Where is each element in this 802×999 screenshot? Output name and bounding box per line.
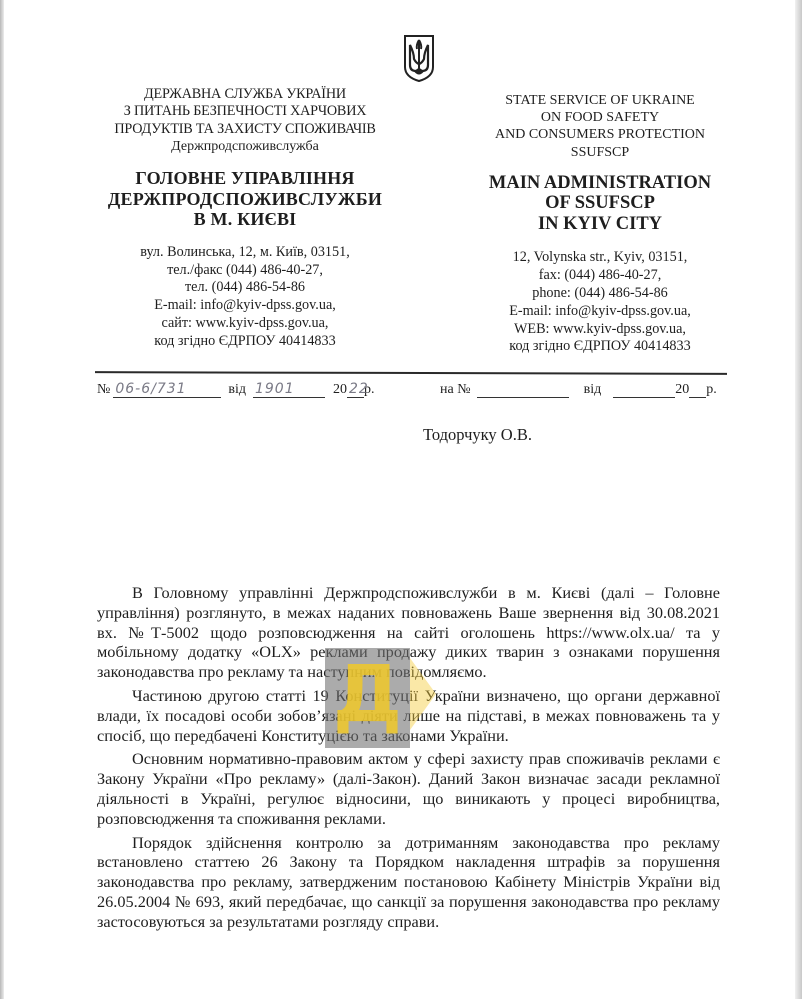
letter-body: В Головному управлінні Держпродспоживслу…	[97, 583, 720, 936]
address: вул. Волинська, 12, м. Київ, 03151,	[95, 244, 395, 262]
watermark-letter: Д	[325, 650, 410, 740]
admin-title-en: MAIN ADMINISTRATION OF SSUFSCP IN KYIV C…	[470, 173, 730, 235]
agency-line: ПРОДУКТІВ ТА ЗАХИСТУ СПОЖИВАЧІВ	[95, 121, 395, 138]
reference-number-field	[477, 379, 569, 398]
website: WEB: www.kyiv-dpss.gov.ua,	[470, 321, 730, 339]
agency-line: ON FOOD SAFETY	[470, 109, 730, 126]
edrpou-code: код згідно ЄДРПОУ 40414833	[470, 338, 730, 356]
phone: тел. (044) 486-54-86	[95, 279, 395, 297]
agency-name-en: STATE SERVICE OF UKRAINE ON FOOD SAFETY …	[470, 92, 730, 161]
phone-fax: тел./факс (044) 486-40-27,	[95, 262, 395, 280]
address: 12, Volynska str., Kyiv, 03151,	[470, 249, 730, 267]
chevron-right-icon	[410, 658, 436, 730]
page-edge-right	[795, 0, 802, 999]
page-edge-left	[0, 0, 4, 999]
outgoing-registration: № 06-6/731 від 1901 20 22 р.	[97, 372, 374, 398]
outgoing-year-handwritten: 22	[349, 381, 369, 397]
agency-line: З ПИТАНЬ БЕЗПЕЧНОСТІ ХАРЧОВИХ	[95, 103, 395, 120]
outgoing-year-field: 22	[347, 379, 364, 398]
outgoing-number-field: 06-6/731	[113, 379, 221, 398]
outgoing-date-field: 1901	[253, 379, 325, 398]
date-label: від	[228, 382, 246, 398]
phone: phone: (044) 486-54-86	[470, 285, 730, 303]
admin-line: В М. КИЄВІ	[95, 209, 395, 230]
trident-coat-of-arms-icon	[402, 33, 436, 83]
reference-date-label: від	[584, 382, 602, 398]
admin-line: MAIN ADMINISTRATION	[470, 173, 730, 194]
agency-line: ДЕРЖАВНА СЛУЖБА УКРАЇНИ	[95, 86, 395, 103]
website: сайт: www.kyiv-dpss.gov.ua,	[95, 315, 395, 333]
reference-date-field	[613, 379, 675, 398]
incoming-reference: на № від 20 р.	[440, 372, 717, 398]
admin-line: ГОЛОВНЕ УПРАВЛІННЯ	[95, 168, 395, 189]
admin-line: OF SSUFSCP	[470, 193, 730, 214]
agency-name-ua: ДЕРЖАВНА СЛУЖБА УКРАЇНИ З ПИТАНЬ БЕЗПЕЧН…	[95, 86, 395, 138]
addressee: Тодорчуку О.В.	[423, 425, 532, 445]
agency-short-name: Держпродспоживслужба	[95, 138, 395, 156]
fax: fax: (044) 486-40-27,	[470, 267, 730, 285]
contacts-en: 12, Volynska str., Kyiv, 03151, fax: (04…	[470, 249, 730, 356]
paragraph: Порядок здійснення контролю за дотриманн…	[97, 833, 720, 932]
number-label: №	[97, 382, 110, 398]
watermark-logo: Д	[325, 648, 435, 748]
agency-line: SSUFSCP	[470, 144, 730, 161]
admin-title-ua: ГОЛОВНЕ УПРАВЛІННЯ ДЕРЖПРОДСПОЖИВСЛУЖБИ …	[95, 168, 395, 230]
header-ukrainian: ДЕРЖАВНА СЛУЖБА УКРАЇНИ З ПИТАНЬ БЕЗПЕЧН…	[95, 86, 395, 351]
header-english: STATE SERVICE OF UKRAINE ON FOOD SAFETY …	[470, 92, 730, 356]
outgoing-date-handwritten: 1901	[255, 381, 295, 397]
email: E-mail: info@kyiv-dpss.gov.ua,	[95, 297, 395, 315]
admin-line: IN KYIV CITY	[470, 214, 730, 235]
year-suffix: р.	[706, 382, 717, 398]
paragraph: Основним нормативно-правовим актом у сфе…	[97, 749, 720, 828]
outgoing-number-handwritten: 06-6/731	[115, 381, 186, 397]
contacts-ua: вул. Волинська, 12, м. Київ, 03151, тел.…	[95, 244, 395, 351]
reference-year-field	[689, 379, 706, 398]
year-prefix: 20	[333, 382, 347, 398]
agency-line: STATE SERVICE OF UKRAINE	[470, 92, 730, 109]
edrpou-code: код згідно ЄДРПОУ 40414833	[95, 333, 395, 351]
reference-number-label: на №	[440, 382, 471, 398]
admin-line: ДЕРЖПРОДСПОЖИВСЛУЖБИ	[95, 189, 395, 210]
agency-line: AND CONSUMERS PROTECTION	[470, 126, 730, 143]
email: E-mail: info@kyiv-dpss.gov.ua,	[470, 303, 730, 321]
year-prefix: 20	[675, 382, 689, 398]
